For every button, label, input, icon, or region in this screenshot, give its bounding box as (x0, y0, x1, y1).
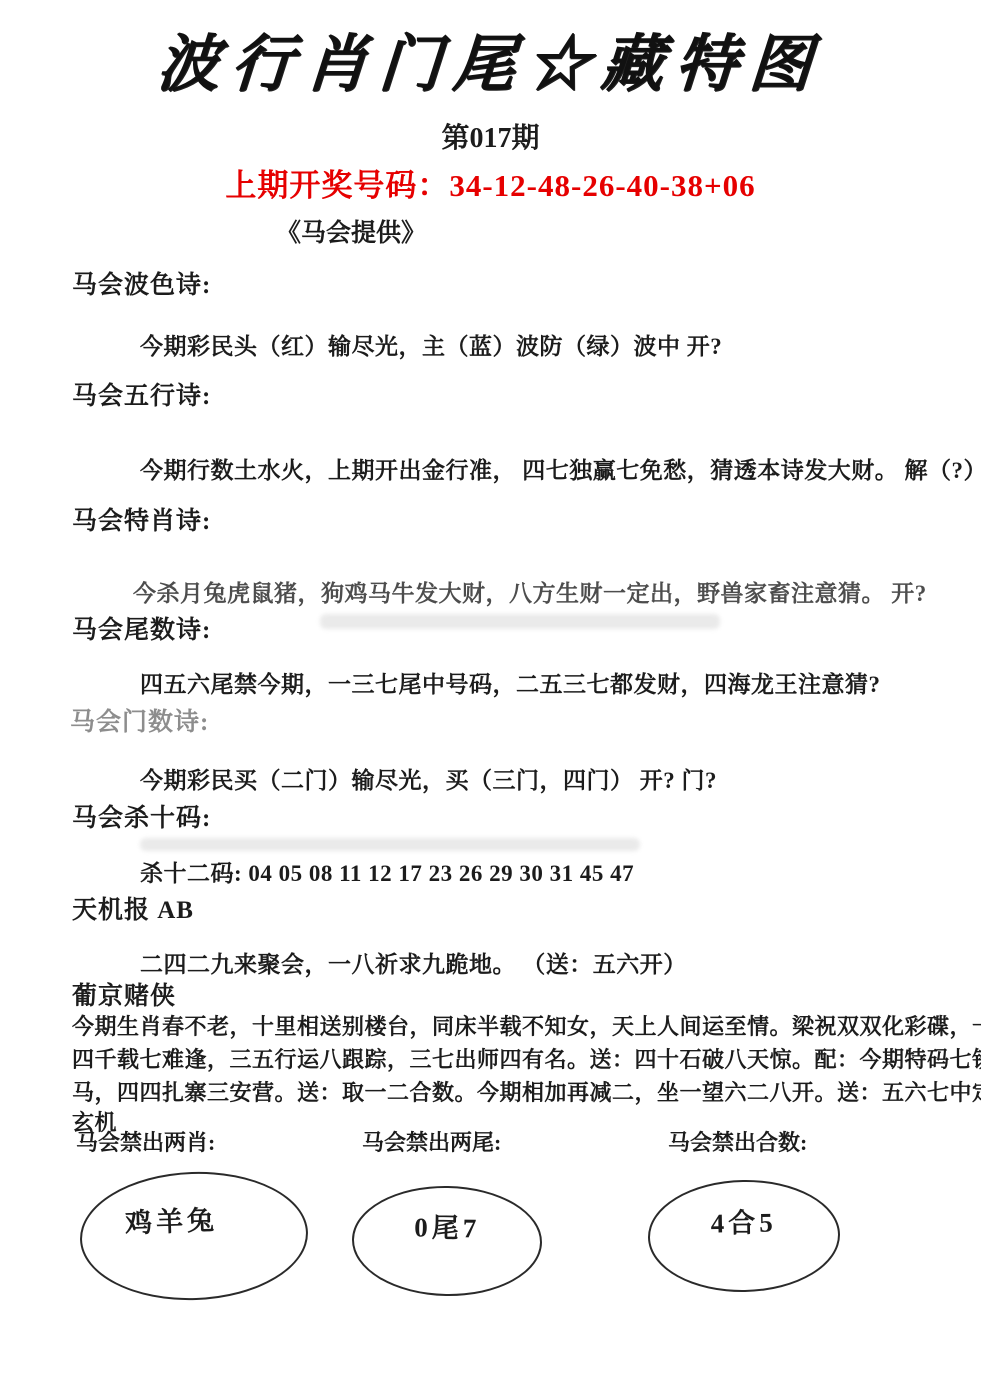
ban-value-sum: 4合5 (710, 1200, 777, 1240)
issue-number: 第017期 (0, 116, 981, 156)
section-heading-weishu: 马会尾数诗: (72, 610, 211, 646)
section-heading-texiao: 马会特肖诗: (72, 501, 211, 537)
section-heading-shashima: 马会杀十码: (72, 798, 211, 834)
section-heading-pujing: 葡京赌侠 (72, 976, 176, 1012)
scan-artifact (140, 838, 640, 851)
poem-texiao: 今杀月兔虎鼠猪，狗鸡马牛发大财，八方生财一定出，野兽家畜注意猜。 开? (133, 575, 927, 608)
ban-label-sum: 马会禁出合数: (668, 1126, 807, 1157)
section-heading-wuxing: 马会五行诗: (72, 376, 211, 412)
section-heading-menshu: 马会门数诗: (70, 702, 209, 738)
poem-wuxing: 今期行数土水火，上期开出金行准， 四七独赢七免愁，猜透本诗发大财。 解（?） (140, 452, 981, 485)
section-heading-bose: 马会波色诗: (72, 265, 211, 301)
ban-value-zodiac: 鸡羊兔 (124, 1198, 218, 1240)
page-title: 波行肖门尾☆藏特图 (0, 14, 981, 103)
last-draw-numbers: 上期开奖号码：34-12-48-26-40-38+06 (0, 160, 981, 205)
ban-oval-zodiac: 鸡羊兔 (78, 1168, 310, 1304)
provider-note: 《马会提供》 (276, 213, 426, 249)
kill-numbers-line: 杀十二码: 04 05 08 11 12 17 23 26 29 30 31 4… (140, 855, 634, 888)
poem-bose: 今期彩民头（红）输尽光，主（蓝）波防（绿）波中 开? (140, 328, 722, 361)
scan-artifact (320, 614, 720, 629)
ban-value-tail: 0尾7 (414, 1205, 481, 1245)
pujing-line-1: 今期生肖春不老，十里相送别楼台，同床半载不知女，天上人间运至情。梁祝双双化彩碟，… (72, 1010, 981, 1043)
section-heading-tianji: 天机报 AB (72, 890, 194, 926)
pujing-line-2: 四千载七难逢，三五行运八跟踪，三七出师四有名。送：四十石破八天惊。配：今期特码七… (72, 1043, 981, 1076)
ban-label-zodiac: 马会禁出两肖: (76, 1126, 215, 1157)
lottery-tip-sheet: 波行肖门尾☆藏特图 第017期 上期开奖号码：34-12-48-26-40-38… (0, 0, 981, 1388)
pujing-line-3: 马，四四扎寨三安营。送：取一二合数。今期相加再减二，坐一望六二八开。送：五六七中… (72, 1076, 981, 1109)
poem-tianji: 二四二九来聚会，一八祈求九跪地。 （送：五六开） (140, 946, 687, 979)
poem-menshu: 今期彩民买（二门）输尽光，买（三门，四门） 开? 门? (140, 762, 717, 795)
ban-oval-sum: 4合5 (647, 1178, 841, 1293)
poem-weishu: 四五六尾禁今期，一三七尾中号码，二五三七都发财，四海龙王注意猜? (140, 666, 881, 699)
ban-oval-tail: 0尾7 (351, 1184, 543, 1297)
ban-label-tail: 马会禁出两尾: (362, 1126, 501, 1157)
